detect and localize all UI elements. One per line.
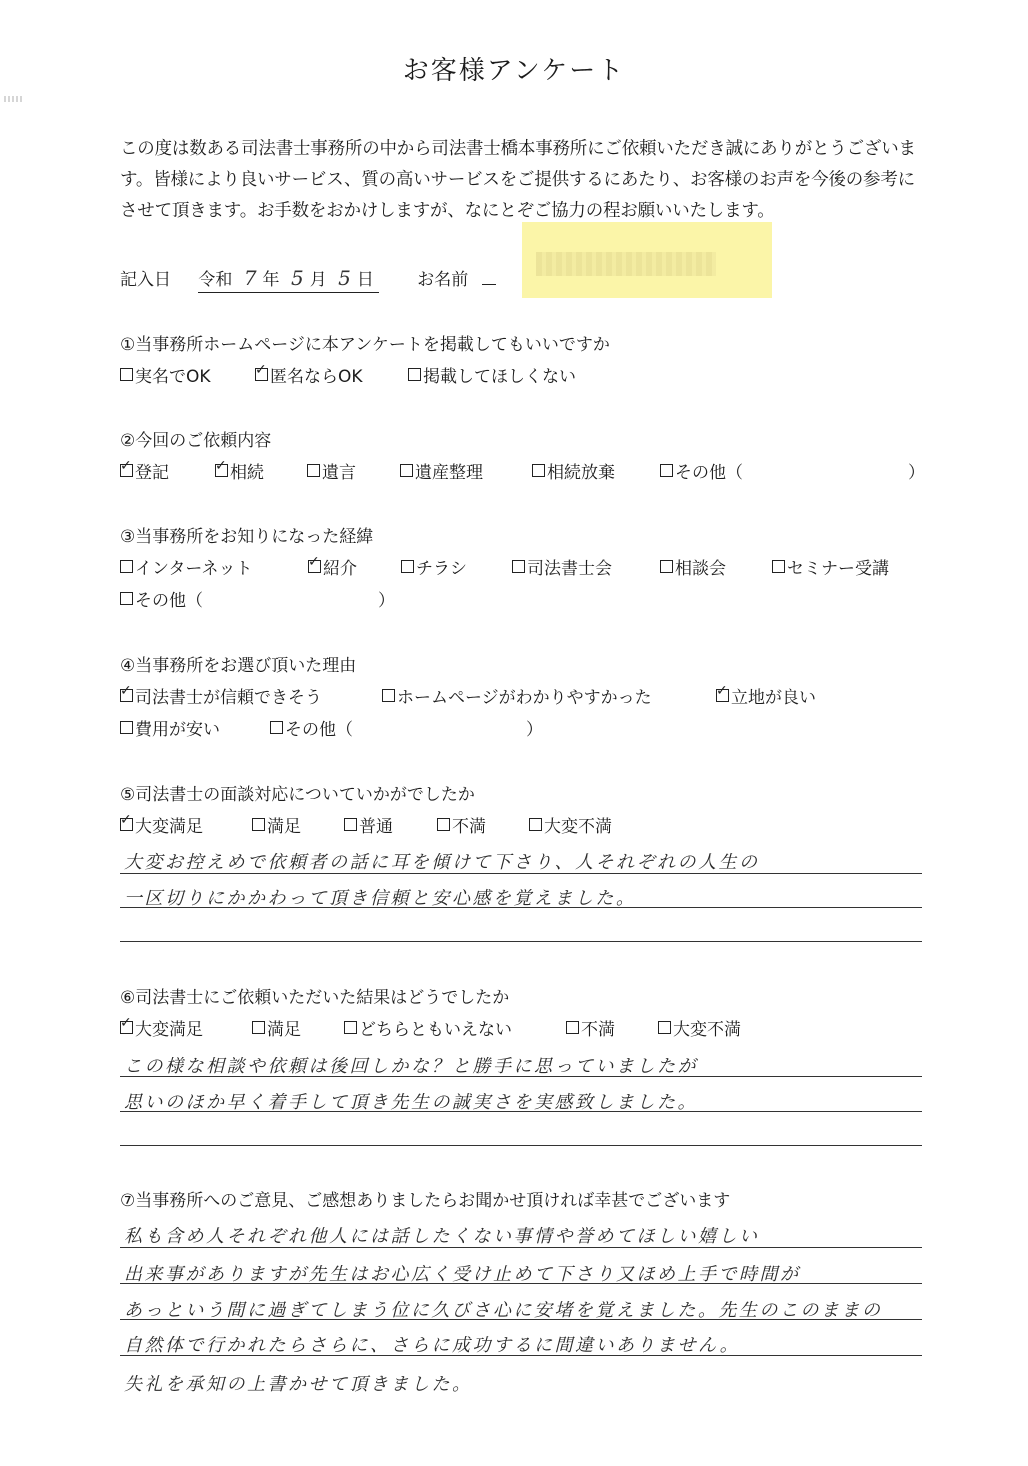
checkbox-icon[interactable]: [566, 1021, 579, 1034]
q6-option-very-satisfied[interactable]: 大変満足: [120, 1015, 203, 1040]
option-label: 普通: [359, 812, 393, 837]
checkbox-icon[interactable]: [408, 368, 421, 381]
option-label: 相続: [230, 458, 264, 483]
scan-artifact: [4, 96, 22, 102]
date-label: 記入日: [120, 270, 171, 290]
q3-option-association[interactable]: 司法書士会: [512, 554, 612, 579]
question-6: ⑥司法書士にご依頼いただいた結果はどうでしたか: [120, 983, 509, 1008]
q2-option-registration[interactable]: 登記: [120, 458, 169, 483]
name-field[interactable]: [482, 284, 496, 285]
q3-option-internet[interactable]: インターネット: [120, 554, 252, 579]
option-label: インターネット: [135, 554, 252, 579]
question-7: ⑦当事務所へのご意見、ご感想ありましたらお聞かせ頂ければ幸甚でございます: [120, 1186, 730, 1211]
q2-option-renunciation[interactable]: 相続放棄: [532, 458, 615, 483]
q2-option-other[interactable]: その他（: [660, 458, 743, 483]
q1-option-real-name[interactable]: 実名でOK: [120, 362, 211, 387]
year-value[interactable]: 7: [244, 266, 257, 290]
question-2: ②今回のご依頼内容: [120, 426, 271, 451]
q3-option-flyer[interactable]: チラシ: [401, 554, 467, 579]
q4-other-close: ）: [526, 715, 543, 740]
day-value[interactable]: 5: [338, 266, 351, 290]
option-label: 不満: [452, 812, 486, 837]
checkbox-checked-icon[interactable]: [716, 689, 729, 702]
checkbox-checked-icon[interactable]: [255, 368, 268, 381]
q6-rule-1: [120, 1076, 922, 1077]
option-label: 立地が良い: [731, 683, 816, 708]
checkbox-icon[interactable]: [660, 464, 673, 477]
option-label: その他（: [135, 586, 203, 611]
question-5: ⑤司法書士の面談対応についていかがでしたか: [120, 780, 475, 805]
day-unit: 日: [357, 270, 374, 290]
checkbox-icon[interactable]: [658, 1021, 671, 1034]
checkbox-checked-icon[interactable]: [120, 689, 133, 702]
q7-comment-line-4[interactable]: 自然体で行かれたらさらに、さらに成功するに間違いありません。: [124, 1331, 740, 1357]
question-4: ④当事務所をお選び頂いた理由: [120, 651, 356, 676]
q4-option-website[interactable]: ホームページがわかりやすかった: [382, 683, 652, 708]
q5-option-very-dissatisfied[interactable]: 大変不満: [529, 812, 612, 837]
q7-rule-2: [120, 1283, 922, 1284]
month-unit: 月: [310, 270, 327, 290]
q5-option-neutral[interactable]: 普通: [344, 812, 393, 837]
q7-comment-line-1[interactable]: 私も含め人それぞれ他人には話したくない事情や誉めてほしい嬉しい: [124, 1222, 760, 1248]
option-label: 司法書士が信頼できそう: [135, 683, 322, 708]
checkbox-icon[interactable]: [252, 818, 265, 831]
q3-option-referral[interactable]: 紹介: [308, 554, 357, 579]
q3-option-consultation[interactable]: 相談会: [660, 554, 726, 579]
option-label: 満足: [267, 812, 301, 837]
q2-option-will[interactable]: 遺言: [307, 458, 356, 483]
checkbox-checked-icon[interactable]: [120, 464, 133, 477]
q6-comment-line-1[interactable]: この様な相談や依頼は後回しかな？と勝手に思っていましたが: [124, 1052, 698, 1078]
checkbox-icon[interactable]: [529, 818, 542, 831]
option-label: 満足: [267, 1015, 301, 1040]
option-label: 大変不満: [673, 1015, 741, 1040]
option-label: 不満: [581, 1015, 615, 1040]
option-label: 費用が安い: [135, 715, 220, 740]
checkbox-icon[interactable]: [660, 560, 673, 573]
q6-option-neutral[interactable]: どちらともいえない: [344, 1015, 512, 1040]
checkbox-icon[interactable]: [252, 1021, 265, 1034]
entry-date: 令和 7年 5月 5日: [198, 270, 379, 293]
intro-text: この度は数ある司法書士事務所の中から司法書士橋本事務所にご依頼いただき誠にありが…: [120, 134, 930, 227]
checkbox-icon[interactable]: [401, 560, 414, 573]
q2-option-estate[interactable]: 遺産整理: [400, 458, 483, 483]
checkbox-icon[interactable]: [437, 818, 450, 831]
checkbox-checked-icon[interactable]: [120, 818, 133, 831]
q7-rule-3: [120, 1319, 922, 1320]
checkbox-checked-icon[interactable]: [120, 1021, 133, 1034]
entry-row: 記入日 令和 7年 5月 5日 お名前: [120, 265, 496, 290]
checkbox-checked-icon[interactable]: [308, 560, 321, 573]
option-label: 遺産整理: [415, 458, 483, 483]
checkbox-icon[interactable]: [382, 689, 395, 702]
q3-other-close: ）: [378, 586, 395, 611]
checkbox-icon[interactable]: [270, 721, 283, 734]
q2-other-close: ）: [908, 458, 925, 483]
checkbox-icon[interactable]: [532, 464, 545, 477]
option-label: セミナー受講: [787, 554, 889, 579]
option-label: どちらともいえない: [359, 1015, 512, 1040]
q4-option-trustworthy[interactable]: 司法書士が信頼できそう: [120, 683, 322, 708]
checkbox-icon[interactable]: [344, 818, 357, 831]
option-label: その他（: [675, 458, 743, 483]
option-label: 相談会: [675, 554, 726, 579]
year-unit: 年: [263, 270, 280, 290]
q6-rule-2: [120, 1111, 922, 1112]
q4-option-cheap[interactable]: 費用が安い: [120, 715, 220, 740]
option-label: 掲載してほしくない: [423, 362, 576, 387]
checkbox-checked-icon[interactable]: [215, 464, 228, 477]
option-label: ホームページがわかりやすかった: [397, 683, 652, 708]
q5-rule-3: [120, 941, 922, 942]
name-redaction-sticker: [522, 222, 772, 298]
option-label: チラシ: [416, 554, 467, 579]
option-label: 実名でOK: [135, 362, 211, 387]
redacted-name: [536, 252, 716, 276]
option-label: 司法書士会: [527, 554, 612, 579]
q6-option-dissatisfied[interactable]: 不満: [566, 1015, 615, 1040]
option-label: 登記: [135, 458, 169, 483]
q5-rule-1: [120, 873, 922, 874]
q5-option-dissatisfied[interactable]: 不満: [437, 812, 486, 837]
question-1: ①当事務所ホームページに本アンケートを掲載してもいいですか: [120, 330, 610, 355]
q2-option-inheritance[interactable]: 相続: [215, 458, 264, 483]
q5-comment-line-1[interactable]: 大変お控えめで依頼者の話に耳を傾けて下さり、人それぞれの人生の: [124, 848, 760, 874]
option-label: 匿名ならOK: [270, 362, 363, 387]
checkbox-icon[interactable]: [120, 560, 133, 573]
option-label: 紹介: [323, 554, 357, 579]
checkbox-icon[interactable]: [344, 1021, 357, 1034]
option-label: 大変不満: [544, 812, 612, 837]
checkbox-icon[interactable]: [400, 464, 413, 477]
month-value[interactable]: 5: [291, 266, 304, 290]
option-label: 遺言: [322, 458, 356, 483]
option-label: 大変満足: [135, 812, 203, 837]
checkbox-icon[interactable]: [307, 464, 320, 477]
q6-option-satisfied[interactable]: 満足: [252, 1015, 301, 1040]
q3-option-other[interactable]: その他（: [120, 586, 203, 611]
option-label: 大変満足: [135, 1015, 203, 1040]
q5-rule-2: [120, 907, 922, 908]
q1-option-anonymous[interactable]: 匿名ならOK: [255, 362, 363, 387]
q6-option-very-dissatisfied[interactable]: 大変不満: [658, 1015, 741, 1040]
q3-option-seminar[interactable]: セミナー受講: [772, 554, 889, 579]
checkbox-icon[interactable]: [772, 560, 785, 573]
q6-rule-3: [120, 1145, 922, 1146]
option-label: その他（: [285, 715, 353, 740]
question-3: ③当事務所をお知りになった経緯: [120, 522, 373, 547]
q4-option-location[interactable]: 立地が良い: [716, 683, 816, 708]
checkbox-icon[interactable]: [120, 368, 133, 381]
q7-rule-4: [120, 1355, 922, 1356]
checkbox-icon[interactable]: [120, 592, 133, 605]
q5-option-very-satisfied[interactable]: 大変満足: [120, 812, 203, 837]
q1-option-no-publish[interactable]: 掲載してほしくない: [408, 362, 576, 387]
q7-rule-1: [120, 1247, 922, 1248]
q4-option-other[interactable]: その他（: [270, 715, 353, 740]
checkbox-icon[interactable]: [120, 721, 133, 734]
q5-option-satisfied[interactable]: 満足: [252, 812, 301, 837]
q7-comment-line-5[interactable]: 失礼を承知の上書かせて頂きました。: [124, 1370, 473, 1396]
name-label: お名前: [417, 270, 468, 290]
checkbox-icon[interactable]: [512, 560, 525, 573]
era: 令和: [198, 270, 232, 290]
option-label: 相続放棄: [547, 458, 615, 483]
page-title: お客様アンケート: [0, 50, 1028, 87]
